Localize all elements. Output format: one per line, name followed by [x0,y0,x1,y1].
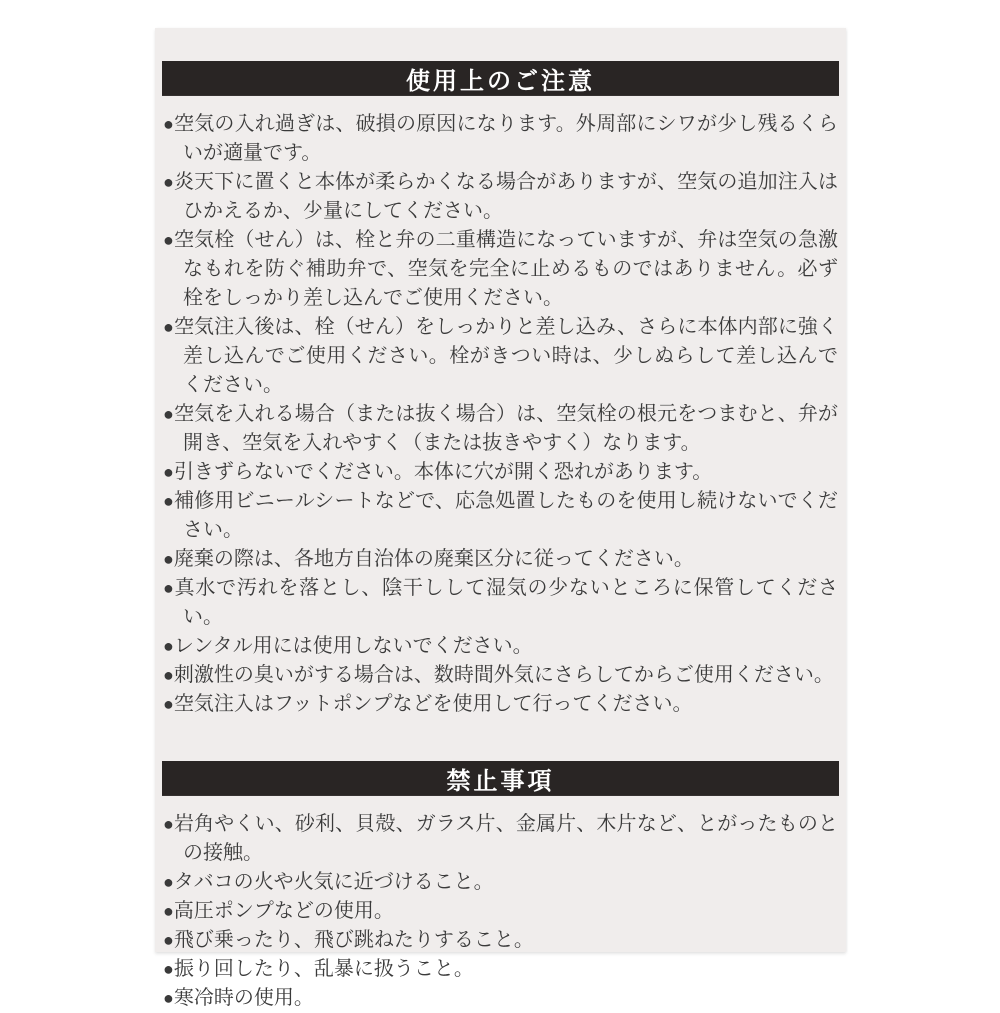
list-item: 空気注入はフットポンプなどを使用して行ってください。 [163,690,838,719]
list-item: 岩角やくい、砂利、貝殻、ガラス片、金属片、木片など、とがったものとの接触。 [163,810,838,868]
list-item: 空気注入後は、栓（せん）をしっかりと差し込み、さらに本体内部に強く差し込んでご使… [163,313,838,400]
list-item: 刺激性の臭いがする場合は、数時間外気にさらしてからご使用ください。 [163,661,838,690]
list-item: 空気の入れ過ぎは、破損の原因になります。外周部にシワが少し残るくらいが適量です。 [163,110,838,168]
usage-precautions-list: 空気の入れ過ぎは、破損の原因になります。外周部にシワが少し残るくらいが適量です。… [163,110,838,719]
list-item: 高圧ポンプなどの使用。 [163,897,838,926]
list-item: 空気を入れる場合（または抜く場合）は、空気栓の根元をつまむと、弁が開き、空気を入… [163,400,838,458]
list-item: 飛び乗ったり、飛び跳ねたりすること。 [163,926,838,955]
list-item: 廃棄の際は、各地方自治体の廃棄区分に従ってください。 [163,545,838,574]
section-title: 禁止事項 [447,761,555,796]
list-item: 真水で汚れを落とし、陰干しして湿気の少ないところに保管してください。 [163,574,838,632]
list-item: 炎天下に置くと本体が柔らかくなる場合がありますが、空気の追加注入はひかえるか、少… [163,168,838,226]
list-item: 寒冷時の使用。 [163,984,838,1000]
list-item: レンタル用には使用しないでください。 [163,632,838,661]
list-item: タバコの火や火気に近づけること。 [163,868,838,897]
section-header-prohibited-items: 禁止事項 [162,761,839,796]
prohibited-items-list: 岩角やくい、砂利、貝殻、ガラス片、金属片、木片など、とがったものとの接触。 タバ… [163,810,838,1000]
section-title: 使用上のご注意 [406,61,595,96]
list-item: 補修用ビニールシートなどで、応急処置したものを使用し続けないでください。 [163,487,838,545]
section-header-usage-precautions: 使用上のご注意 [162,61,839,96]
list-item: 振り回したり、乱暴に扱うこと。 [163,955,838,984]
list-item: 引きずらないでください。本体に穴が開く恐れがあります。 [163,458,838,487]
list-item: 空気栓（せん）は、栓と弁の二重構造になっていますが、弁は空気の急激なもれを防ぐ補… [163,226,838,313]
instruction-sheet: 使用上のご注意 空気の入れ過ぎは、破損の原因になります。外周部にシワが少し残るく… [155,28,846,952]
